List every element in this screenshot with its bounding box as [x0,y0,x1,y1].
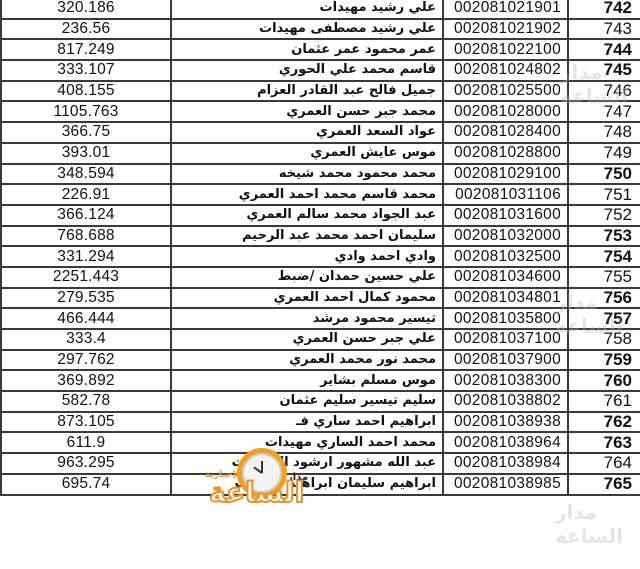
account-number-cell: 002081038802 [443,391,568,412]
account-number-cell: 002081038938 [443,412,568,433]
account-number-cell: 002081025500 [443,81,568,102]
amount-cell: 279.535 [1,288,171,309]
name-cell: محمد احمد الساري مهيدات [171,432,443,453]
amount-cell: 582.78 [1,391,171,412]
amount-cell: 817.249 [1,39,171,60]
account-number-cell: 002081038964 [443,432,568,453]
name-cell: علي حسين حمدان /ضبط [171,267,443,288]
amount-cell: 331.294 [1,246,171,267]
name-cell: موس عايش العمري [171,143,443,164]
serial-number-cell: 756 [568,288,640,309]
serial-number-cell: 745 [568,60,640,81]
amount-cell: 333.4 [1,329,171,350]
amount-cell: 466.444 [1,308,171,329]
serial-number-cell: 751 [568,184,640,205]
serial-number-cell: 752 [568,205,640,226]
serial-number-cell: 753 [568,226,640,247]
serial-number-cell: 750 [568,164,640,185]
serial-number-cell: 747 [568,101,640,122]
name-cell: علي جبر حسن العمري [171,329,443,350]
account-number-cell: 002081038984 [443,453,568,474]
table-row: 768.688سليمان احمد محمد عبد الرحيم002081… [1,226,640,247]
amount-cell: 611.9 [1,432,171,453]
amount-cell: 873.105 [1,412,171,433]
serial-number-cell: 760 [568,370,640,391]
serial-number-cell: 757 [568,308,640,329]
amount-cell: 963.295 [1,453,171,474]
account-number-cell: 002081038300 [443,370,568,391]
table-row: 393.01موس عايش العمري002081028800749 [1,143,640,164]
table-row: 963.295عبد الله مشهور ارشود المهيدات0020… [1,453,640,474]
serial-number-cell: 748 [568,122,640,143]
name-cell: موس مسلم بشاير [171,370,443,391]
account-number-cell: 002081022100 [443,39,568,60]
table-row: 611.9محمد احمد الساري مهيدات002081038964… [1,432,640,453]
name-cell: عمر محمود عمر عثمان [171,39,443,60]
account-number-cell: 002081028400 [443,122,568,143]
name-cell: سليم تيسير سليم عثمان [171,391,443,412]
name-cell: قاسم محمد علي الحوري [171,60,443,81]
table-row: 320.186علي رشيد مهيدات002081021901742 [1,0,640,19]
amount-cell: 369.892 [1,370,171,391]
document-sheet: 320.186علي رشيد مهيدات002081021901742236… [0,0,640,496]
serial-number-cell: 743 [568,19,640,40]
table-body: 320.186علي رشيد مهيدات002081021901742236… [1,0,640,495]
table-row: 369.892موس مسلم بشاير002081038300760 [1,370,640,391]
table-row: 466.444تيسير محمود مرشد002081035800757 [1,308,640,329]
name-cell: وادي احمد وادي [171,246,443,267]
table-row: 2251.443علي حسين حمدان /ضبط0020810346007… [1,267,640,288]
account-number-cell: 002081028800 [443,143,568,164]
serial-number-cell: 746 [568,81,640,102]
payments-table: 320.186علي رشيد مهيدات002081021901742236… [0,0,640,496]
table-row: 333.4علي جبر حسن العمري002081037100758 [1,329,640,350]
serial-number-cell: 744 [568,39,640,60]
table-row: 279.535محمود كمال احمد العمري00208103480… [1,288,640,309]
amount-cell: 226.91 [1,184,171,205]
table-row: 348.594محمد محمود محمد شيخه0020810291007… [1,164,640,185]
table-row: 226.91محمد قاسم محمد احمد العمري00208103… [1,184,640,205]
serial-number-cell: 762 [568,412,640,433]
table-row: 695.74ابراهيم سليمان ابراهيم مهيدات00208… [1,474,640,495]
account-number-cell: 002081037900 [443,350,568,371]
table-row: 331.294وادي احمد وادي002081032500754 [1,246,640,267]
serial-number-cell: 755 [568,267,640,288]
amount-cell: 393.01 [1,143,171,164]
amount-cell: 768.688 [1,226,171,247]
account-number-cell: 002081021902 [443,19,568,40]
serial-number-cell: 765 [568,474,640,495]
account-number-cell: 002081021901 [443,0,568,19]
name-cell: عبد الله مشهور ارشود المهيدات [171,453,443,474]
table-row: 297.762محمد نور محمد العمري0020810379007… [1,350,640,371]
amount-cell: 2251.443 [1,267,171,288]
serial-number-cell: 758 [568,329,640,350]
account-number-cell: 002081032500 [443,246,568,267]
name-cell: ابراهيم احمد ساري فـ [171,412,443,433]
amount-cell: 1105.763 [1,101,171,122]
serial-number-cell: 764 [568,453,640,474]
table-row: 873.105ابراهيم احمد ساري فـ0020810389387… [1,412,640,433]
serial-number-cell: 749 [568,143,640,164]
amount-cell: 333.107 [1,60,171,81]
account-number-cell: 002081035800 [443,308,568,329]
amount-cell: 297.762 [1,350,171,371]
table-row: 366.124عبد الجواد محمد سالم العمري002081… [1,205,640,226]
serial-number-cell: 763 [568,432,640,453]
table-row: 236.56علي رشيد مصطفى مهيدات0020810219027… [1,19,640,40]
faint-watermark: مدار الساعة [555,500,640,548]
serial-number-cell: 759 [568,350,640,371]
account-number-cell: 002081038985 [443,474,568,495]
account-number-cell: 002081034600 [443,267,568,288]
serial-number-cell: 754 [568,246,640,267]
name-cell: محمود كمال احمد العمري [171,288,443,309]
account-number-cell: 002081029100 [443,164,568,185]
amount-cell: 320.186 [1,0,171,19]
amount-cell: 236.56 [1,19,171,40]
name-cell: سليمان احمد محمد عبد الرحيم [171,226,443,247]
amount-cell: 695.74 [1,474,171,495]
name-cell: عواد السعد العمري [171,122,443,143]
account-number-cell: 002081031106 [443,184,568,205]
name-cell: محمد جبر حسن العمري [171,101,443,122]
name-cell: علي رشيد مهيدات [171,0,443,19]
name-cell: محمد نور محمد العمري [171,350,443,371]
amount-cell: 366.75 [1,122,171,143]
account-number-cell: 002081034801 [443,288,568,309]
table-row: 817.249عمر محمود عمر عثمان00208102210074… [1,39,640,60]
account-number-cell: 002081028000 [443,101,568,122]
name-cell: جميل فالح عبد القادر العزام [171,81,443,102]
amount-cell: 408.155 [1,81,171,102]
table-row: 582.78سليم تيسير سليم عثمان0020810388027… [1,391,640,412]
account-number-cell: 002081031600 [443,205,568,226]
serial-number-cell: 761 [568,391,640,412]
name-cell: علي رشيد مصطفى مهيدات [171,19,443,40]
amount-cell: 366.124 [1,205,171,226]
name-cell: تيسير محمود مرشد [171,308,443,329]
table-row: 1105.763محمد جبر حسن العمري0020810280007… [1,101,640,122]
name-cell: محمد قاسم محمد احمد العمري [171,184,443,205]
amount-cell: 348.594 [1,164,171,185]
serial-number-cell: 742 [568,0,640,19]
account-number-cell: 002081037100 [443,329,568,350]
table-row: 366.75عواد السعد العمري002081028400748 [1,122,640,143]
name-cell: محمد محمود محمد شيخه [171,164,443,185]
account-number-cell: 002081032000 [443,226,568,247]
name-cell: عبد الجواد محمد سالم العمري [171,205,443,226]
table-row: 333.107قاسم محمد علي الحوري0020810248027… [1,60,640,81]
name-cell: ابراهيم سليمان ابراهيم مهيدات [171,474,443,495]
table-row: 408.155جميل فالح عبد القادر العزام002081… [1,81,640,102]
account-number-cell: 002081024802 [443,60,568,81]
